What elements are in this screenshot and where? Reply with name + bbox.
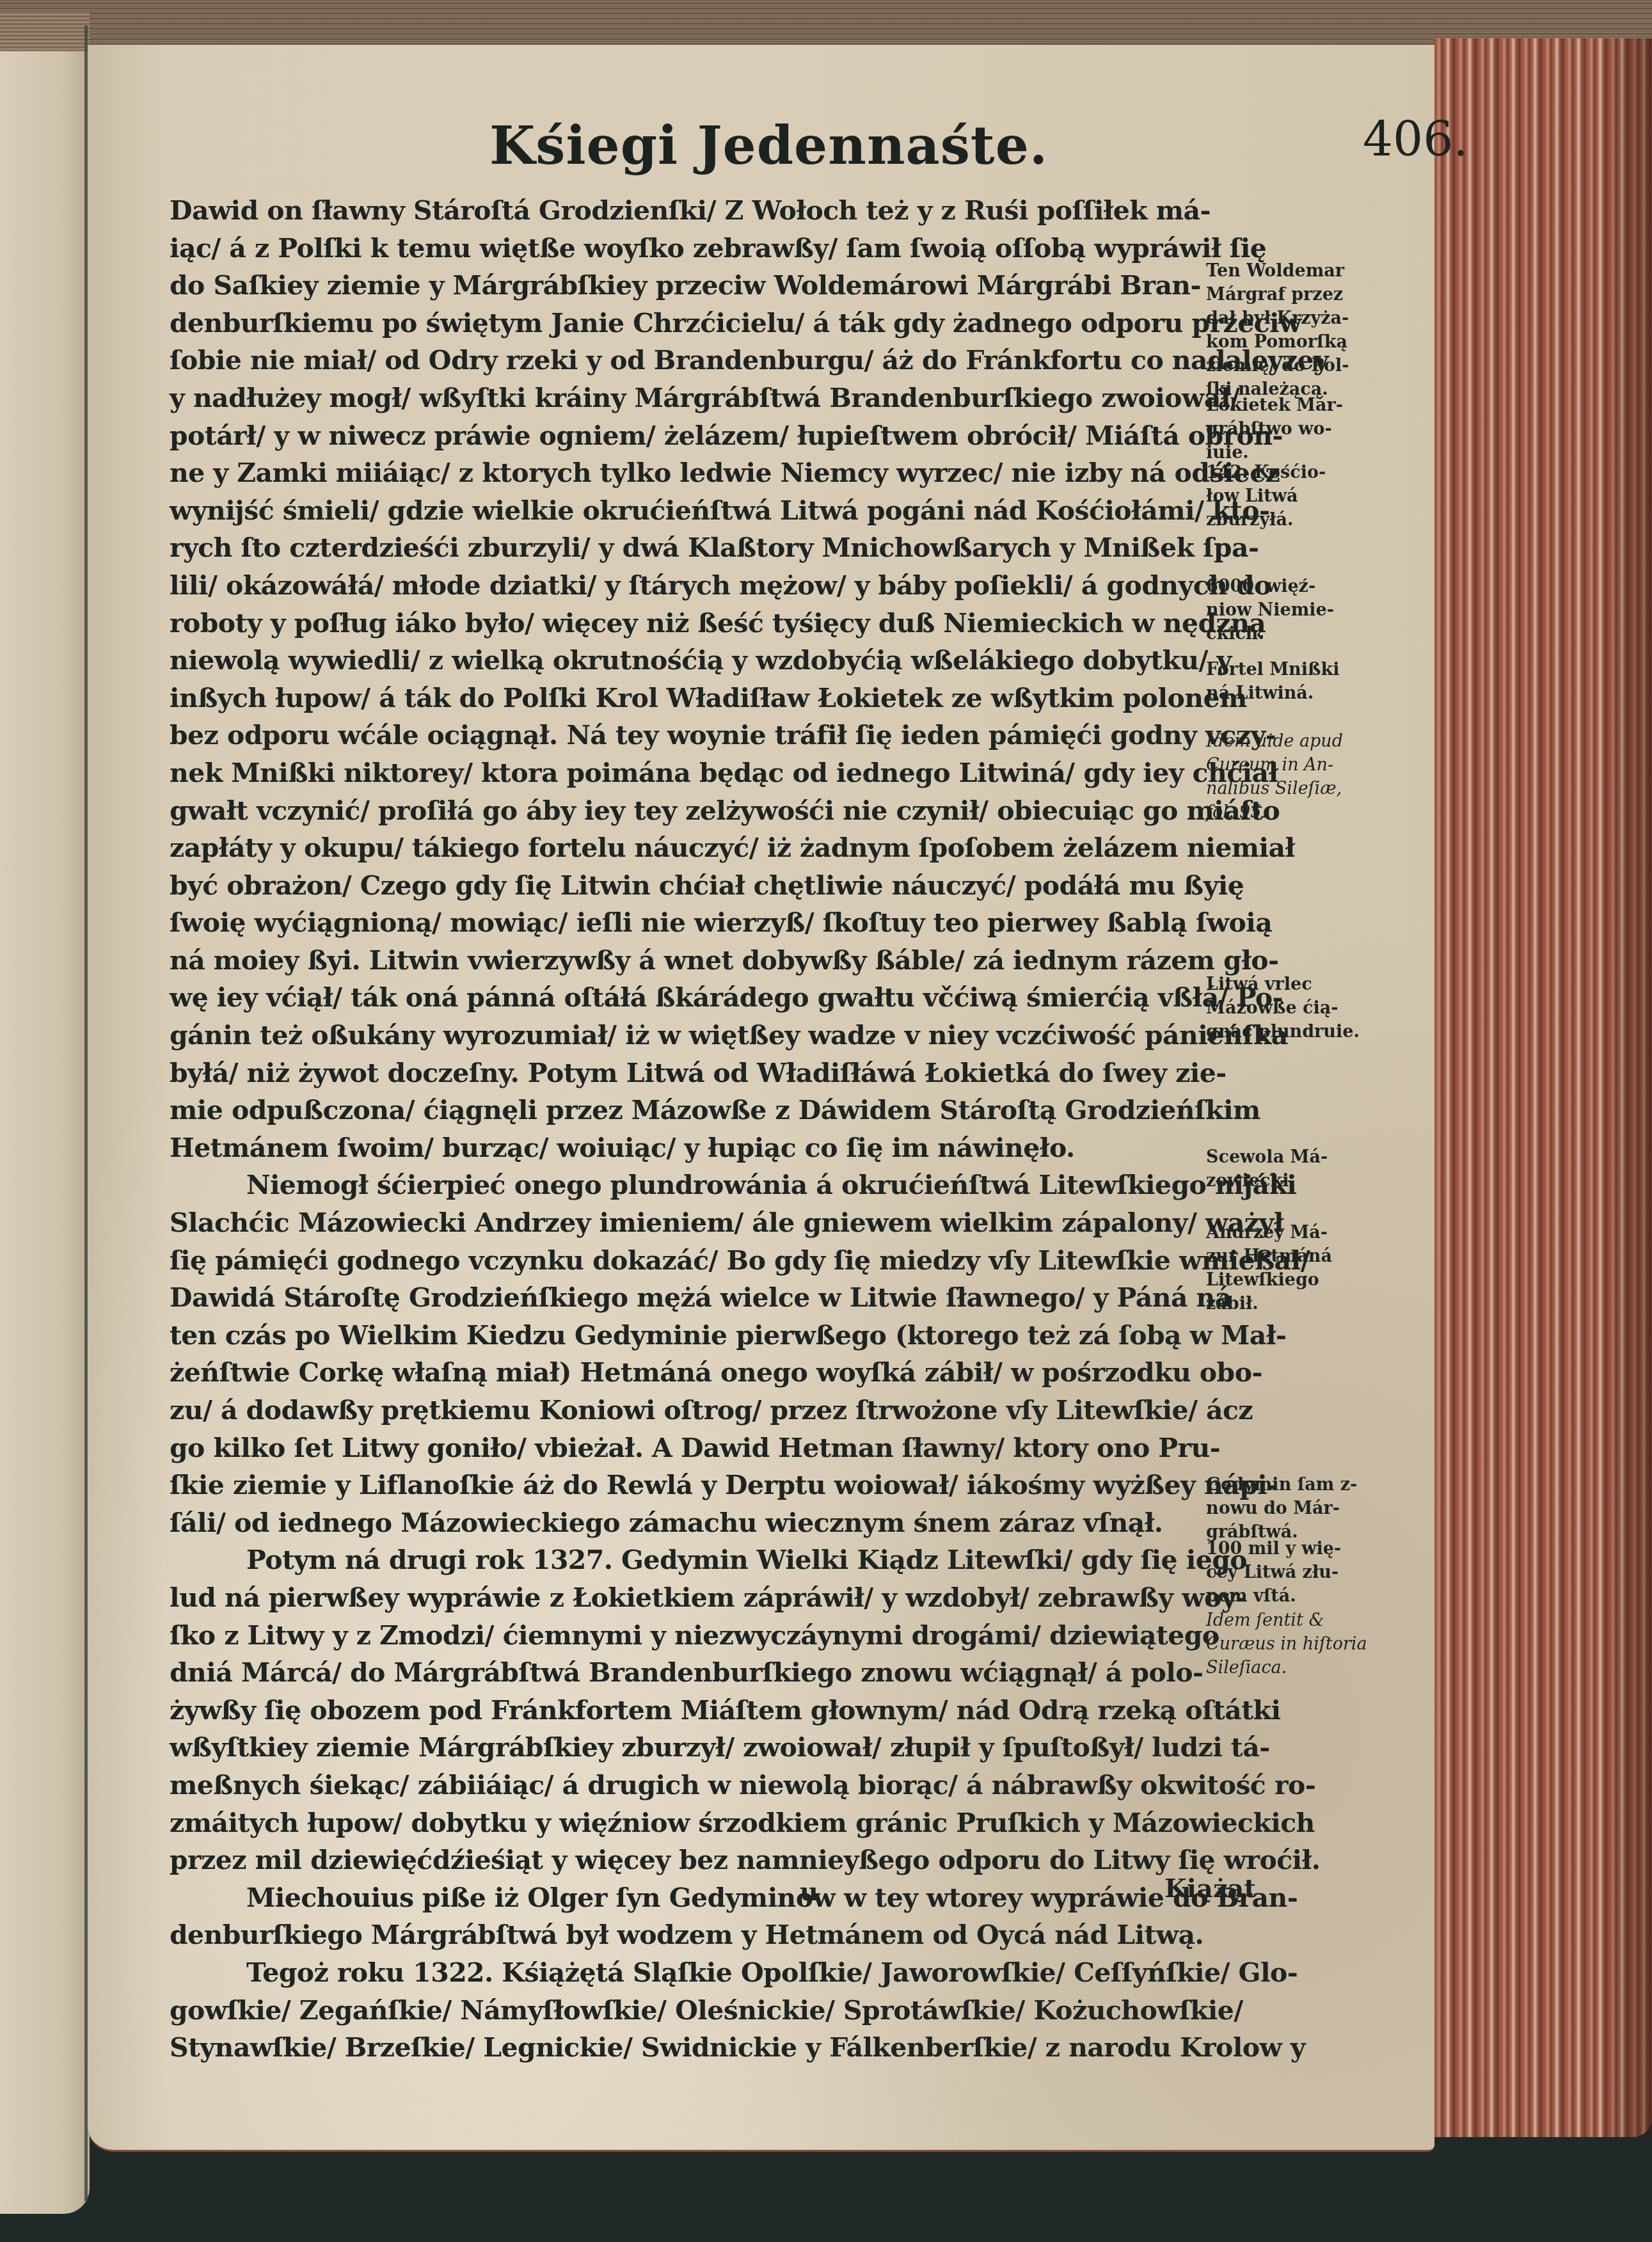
text-line: Slachćic Mázowiecki Andrzey imieniem/ ál… — [170, 1204, 1212, 1242]
margin-note-lokietek: Łokietek Már-grábſtwo wo-iuie. — [1206, 394, 1417, 465]
margin-note-line: zur Hetmáná — [1206, 1244, 1417, 1268]
text-line: Hetmánem ſwoim/ burząc/ woiuiąc/ y łupią… — [170, 1129, 1212, 1167]
gutter-fold — [84, 26, 88, 2201]
text-line: Potym ná drugi rok 1327. Gedymin Wielki … — [170, 1541, 1212, 1579]
margin-note-litwa-mazowsze: Litwá vrlecMázowße ćią-gnąc plundruie. — [1206, 973, 1417, 1044]
text-line: ſáli/ od iednego Mázowieckiego zámachu w… — [170, 1504, 1212, 1542]
running-head-title: Kśiegi Jedennaśte. — [489, 115, 1048, 177]
margin-note-fortel: Fortel Mnißkiná Litwiná. — [1206, 658, 1417, 705]
text-line: gowſkie/ Zegańſkie/ Námyſłowſkie/ Oleśni… — [170, 1992, 1212, 2030]
text-line: ſobie nie miał/ od Odry rzeki y od Brand… — [170, 342, 1212, 379]
margin-note-line: fol. 95. — [1206, 800, 1417, 824]
text-line: gwałt vczynić/ proſiłá go áby iey tey ze… — [170, 792, 1212, 830]
text-line: Dawid on ſławny Stároſtá Grodzienſki/ Z … — [170, 192, 1212, 230]
text-line: potárł/ y w niwecz práwie ogniem/ żeláze… — [170, 417, 1212, 455]
text-line: żywßy ſię obozem pod Fránkfortem Miáſtem… — [170, 1692, 1212, 1729]
text-line: ſwoię wyćiągnioną/ mowiąc/ ieſli nie wie… — [170, 904, 1212, 942]
text-line: bez odporu wćále ociągnął. Ná tey woynie… — [170, 717, 1212, 754]
margin-note-line: ckich. — [1206, 622, 1417, 646]
text-line: lud ná pierwßey wypráwie z Łokietkiem zá… — [170, 1579, 1212, 1617]
margin-note-idem-cureum: Idem uide apudCureum in An-nalibus Sileſ… — [1206, 729, 1417, 824]
text-line: meßnych śiekąc/ zábiiáiąc/ á drugich w n… — [170, 1767, 1212, 1804]
margin-note-line: Idem uide apud — [1206, 729, 1417, 753]
margin-note-line: kom Pomorſką — [1206, 330, 1417, 354]
fore-edge-shadow — [1600, 38, 1652, 2137]
text-line: gánin też oßukány wyrozumiał/ iż w więtß… — [170, 1017, 1212, 1054]
verso-page-sliver — [0, 51, 90, 2214]
text-line: inßych łupow/ á ták do Polſki Krol Władi… — [170, 680, 1212, 717]
text-line: wę iey vćiął/ ták oná pánná oſtáłá ßkárá… — [170, 979, 1212, 1017]
folio-number: 406. — [1363, 112, 1468, 167]
text-line: nek Mnißki niktorey/ ktora poimána będąc… — [170, 754, 1212, 792]
text-line: mie odpußczona/ ćiągnęli przez Mázowße z… — [170, 1092, 1212, 1129]
margin-note-line: 142. Kośćio- — [1206, 461, 1417, 484]
margin-note-line: pem vſtá. — [1206, 1584, 1417, 1608]
margin-note-line: Łokietek Már- — [1206, 394, 1417, 417]
text-line: być obrażon/ Czego gdy ſię Litwin chćiał… — [170, 867, 1212, 905]
text-line: ſkie ziemie y Liflanoſkie áż do Rewlá y … — [170, 1467, 1212, 1504]
main-text-block: Dawid on ſławny Stároſtá Grodzienſki/ Z … — [170, 192, 1212, 2067]
margin-note-line: Ten Woldemar — [1206, 259, 1417, 283]
margin-note-line: Andrzey Má- — [1206, 1221, 1417, 1244]
text-line: żeńſtwie Corkę właſną miał) Hetmáná oneg… — [170, 1354, 1212, 1392]
margin-note-line: Curæus in hiſtoria — [1206, 1632, 1417, 1656]
text-line: Miechouius piße iż Olger ſyn Gedyminow w… — [170, 1879, 1212, 1917]
text-line: wynijść śmieli/ gdzie wielkie okrućieńſt… — [170, 492, 1212, 530]
text-line: roboty y poſług iáko było/ więcey niż ße… — [170, 605, 1212, 642]
text-line: wßyſtkiey ziemie Márgrábſkiey zburzył/ z… — [170, 1729, 1212, 1767]
text-line: przez mil dziewięćdźieśiąt y więcey bez … — [170, 1841, 1212, 1879]
text-line: Tegoż roku 1322. Kśiążętá Sląſkie Opolſk… — [170, 1954, 1212, 1992]
text-line: ná moiey ßyi. Litwin vwierzywßy á wnet d… — [170, 942, 1212, 980]
text-line: zu/ á dodawßy prętkiemu Koniowi oſtrog/ … — [170, 1392, 1212, 1429]
margin-note-line: ziemię/ do Pol- — [1206, 354, 1417, 378]
text-line: do Saſkiey ziemie y Márgrábſkiey przeciw… — [170, 267, 1212, 305]
text-line: ten czás po Wielkim Kiedzu Gedyminie pie… — [170, 1317, 1212, 1355]
margin-note-line: zábił. — [1206, 1292, 1417, 1316]
margin-note-gedymin: Gedymin ſam z-nowu do Már-grábſtwá. — [1206, 1473, 1417, 1544]
margin-note-line: Litewſkiego — [1206, 1268, 1417, 1292]
text-line: y nadłużey mogł/ wßyſtki kráiny Márgrábſ… — [170, 379, 1212, 417]
margin-note-sto-tysiecy: 100 mil y wię-cey Litwá złu-pem vſtá. — [1206, 1537, 1417, 1608]
text-line: Dawidá Stároſtę Grodzieńſkiego mężá wiel… — [170, 1279, 1212, 1317]
margin-note-wiezniow: 6000. więź-niow Niemie-ckich. — [1206, 575, 1417, 646]
text-line: ne y Zamki miiáiąc/ z ktorych tylko ledw… — [170, 454, 1212, 492]
catchword: Kiążąt — [1164, 1873, 1256, 1904]
margin-note-line: zburzyłá. — [1206, 508, 1417, 532]
text-line: denburſkiego Márgrábſtwá był wodzem y He… — [170, 1916, 1212, 1954]
text-line: niewolą wywiedli/ z wielką okrutnośćią y… — [170, 642, 1212, 680]
margin-note-line: nalibus Sileſiæ, — [1206, 777, 1417, 800]
text-line: ſię pámięći godnego vczynku dokazáć/ Bo … — [170, 1242, 1212, 1280]
margin-note-line: Mázowße ćią- — [1206, 996, 1417, 1020]
margin-note-line: Sileſiaca. — [1206, 1656, 1417, 1680]
text-line: zmáitych łupow/ dobytku y więźniow śrzod… — [170, 1804, 1212, 1842]
margin-note-line: Márgraf przez — [1206, 283, 1417, 306]
text-line: ſko z Litwy y z Zmodzi/ ćiemnymi y niezw… — [170, 1617, 1212, 1655]
margin-note-line: cey Litwá złu- — [1206, 1561, 1417, 1584]
text-line: Niemogł śćierpieć onego plundrowánia á o… — [170, 1166, 1212, 1204]
margin-note-line: nowu do Már- — [1206, 1497, 1417, 1520]
margin-note-woldemar: Ten WoldemarMárgraf przezdał był Krzyża-… — [1206, 259, 1417, 401]
margin-note-line: niow Niemie- — [1206, 598, 1417, 622]
margin-note-line: zowiecki. — [1206, 1169, 1417, 1193]
text-line: zapłáty y okupu/ tákiego fortelu náuczyć… — [170, 829, 1212, 867]
text-line: lili/ okázowáłá/ młode dziatki/ y ſtáryc… — [170, 567, 1212, 605]
margin-note-line: 100 mil y wię- — [1206, 1537, 1417, 1561]
margin-note-line: Idem ſentit & — [1206, 1609, 1417, 1632]
margin-note-line: ná Litwiná. — [1206, 681, 1417, 705]
margin-note-line: Gedymin ſam z- — [1206, 1473, 1417, 1497]
signature-mark: u — [800, 1877, 818, 1907]
margin-note-line: Litwá vrlec — [1206, 973, 1417, 996]
margin-note-idem-curaeus: Idem ſentit &Curæus in hiſtoriaSileſiaca… — [1206, 1609, 1417, 1680]
margin-note-andrzej: Andrzey Má-zur HetmánáLitewſkiegozábił. — [1206, 1221, 1417, 1316]
text-line: denburſkiemu po świętym Janie Chrzćiciel… — [170, 305, 1212, 342]
margin-note-kosciolow: 142. Kośćio-łow Litwázburzyłá. — [1206, 461, 1417, 532]
text-line: rych ſto czterdzieśći zburzyli/ y dwá Kl… — [170, 529, 1212, 567]
text-line: iąc/ á z Polſki k temu więtße woyſko zeb… — [170, 230, 1212, 267]
margin-note-line: Scewola Má- — [1206, 1145, 1417, 1169]
margin-note-line: gnąc plundruie. — [1206, 1020, 1417, 1044]
margin-note-line: dał był Krzyża- — [1206, 306, 1417, 330]
margin-note-line: Cureum in An- — [1206, 753, 1417, 777]
text-line: dniá Márcá/ do Márgrábſtwá Brandenburſki… — [170, 1654, 1212, 1692]
margin-note-line: grábſtwo wo- — [1206, 417, 1417, 441]
text-line: byłá/ niż żywot doczeſny. Potym Litwá od… — [170, 1054, 1212, 1092]
margin-note-line: łow Litwá — [1206, 484, 1417, 508]
margin-note-line: Fortel Mnißki — [1206, 658, 1417, 681]
margin-note-line: 6000. więź- — [1206, 575, 1417, 598]
margin-note-scewola: Scewola Má-zowiecki. — [1206, 1145, 1417, 1193]
text-line: Stynawſkie/ Brzeſkie/ Legnickie/ Swidnic… — [170, 2029, 1212, 2067]
text-line: go kilko ſet Litwy goniło/ vbieżał. A Da… — [170, 1429, 1212, 1467]
